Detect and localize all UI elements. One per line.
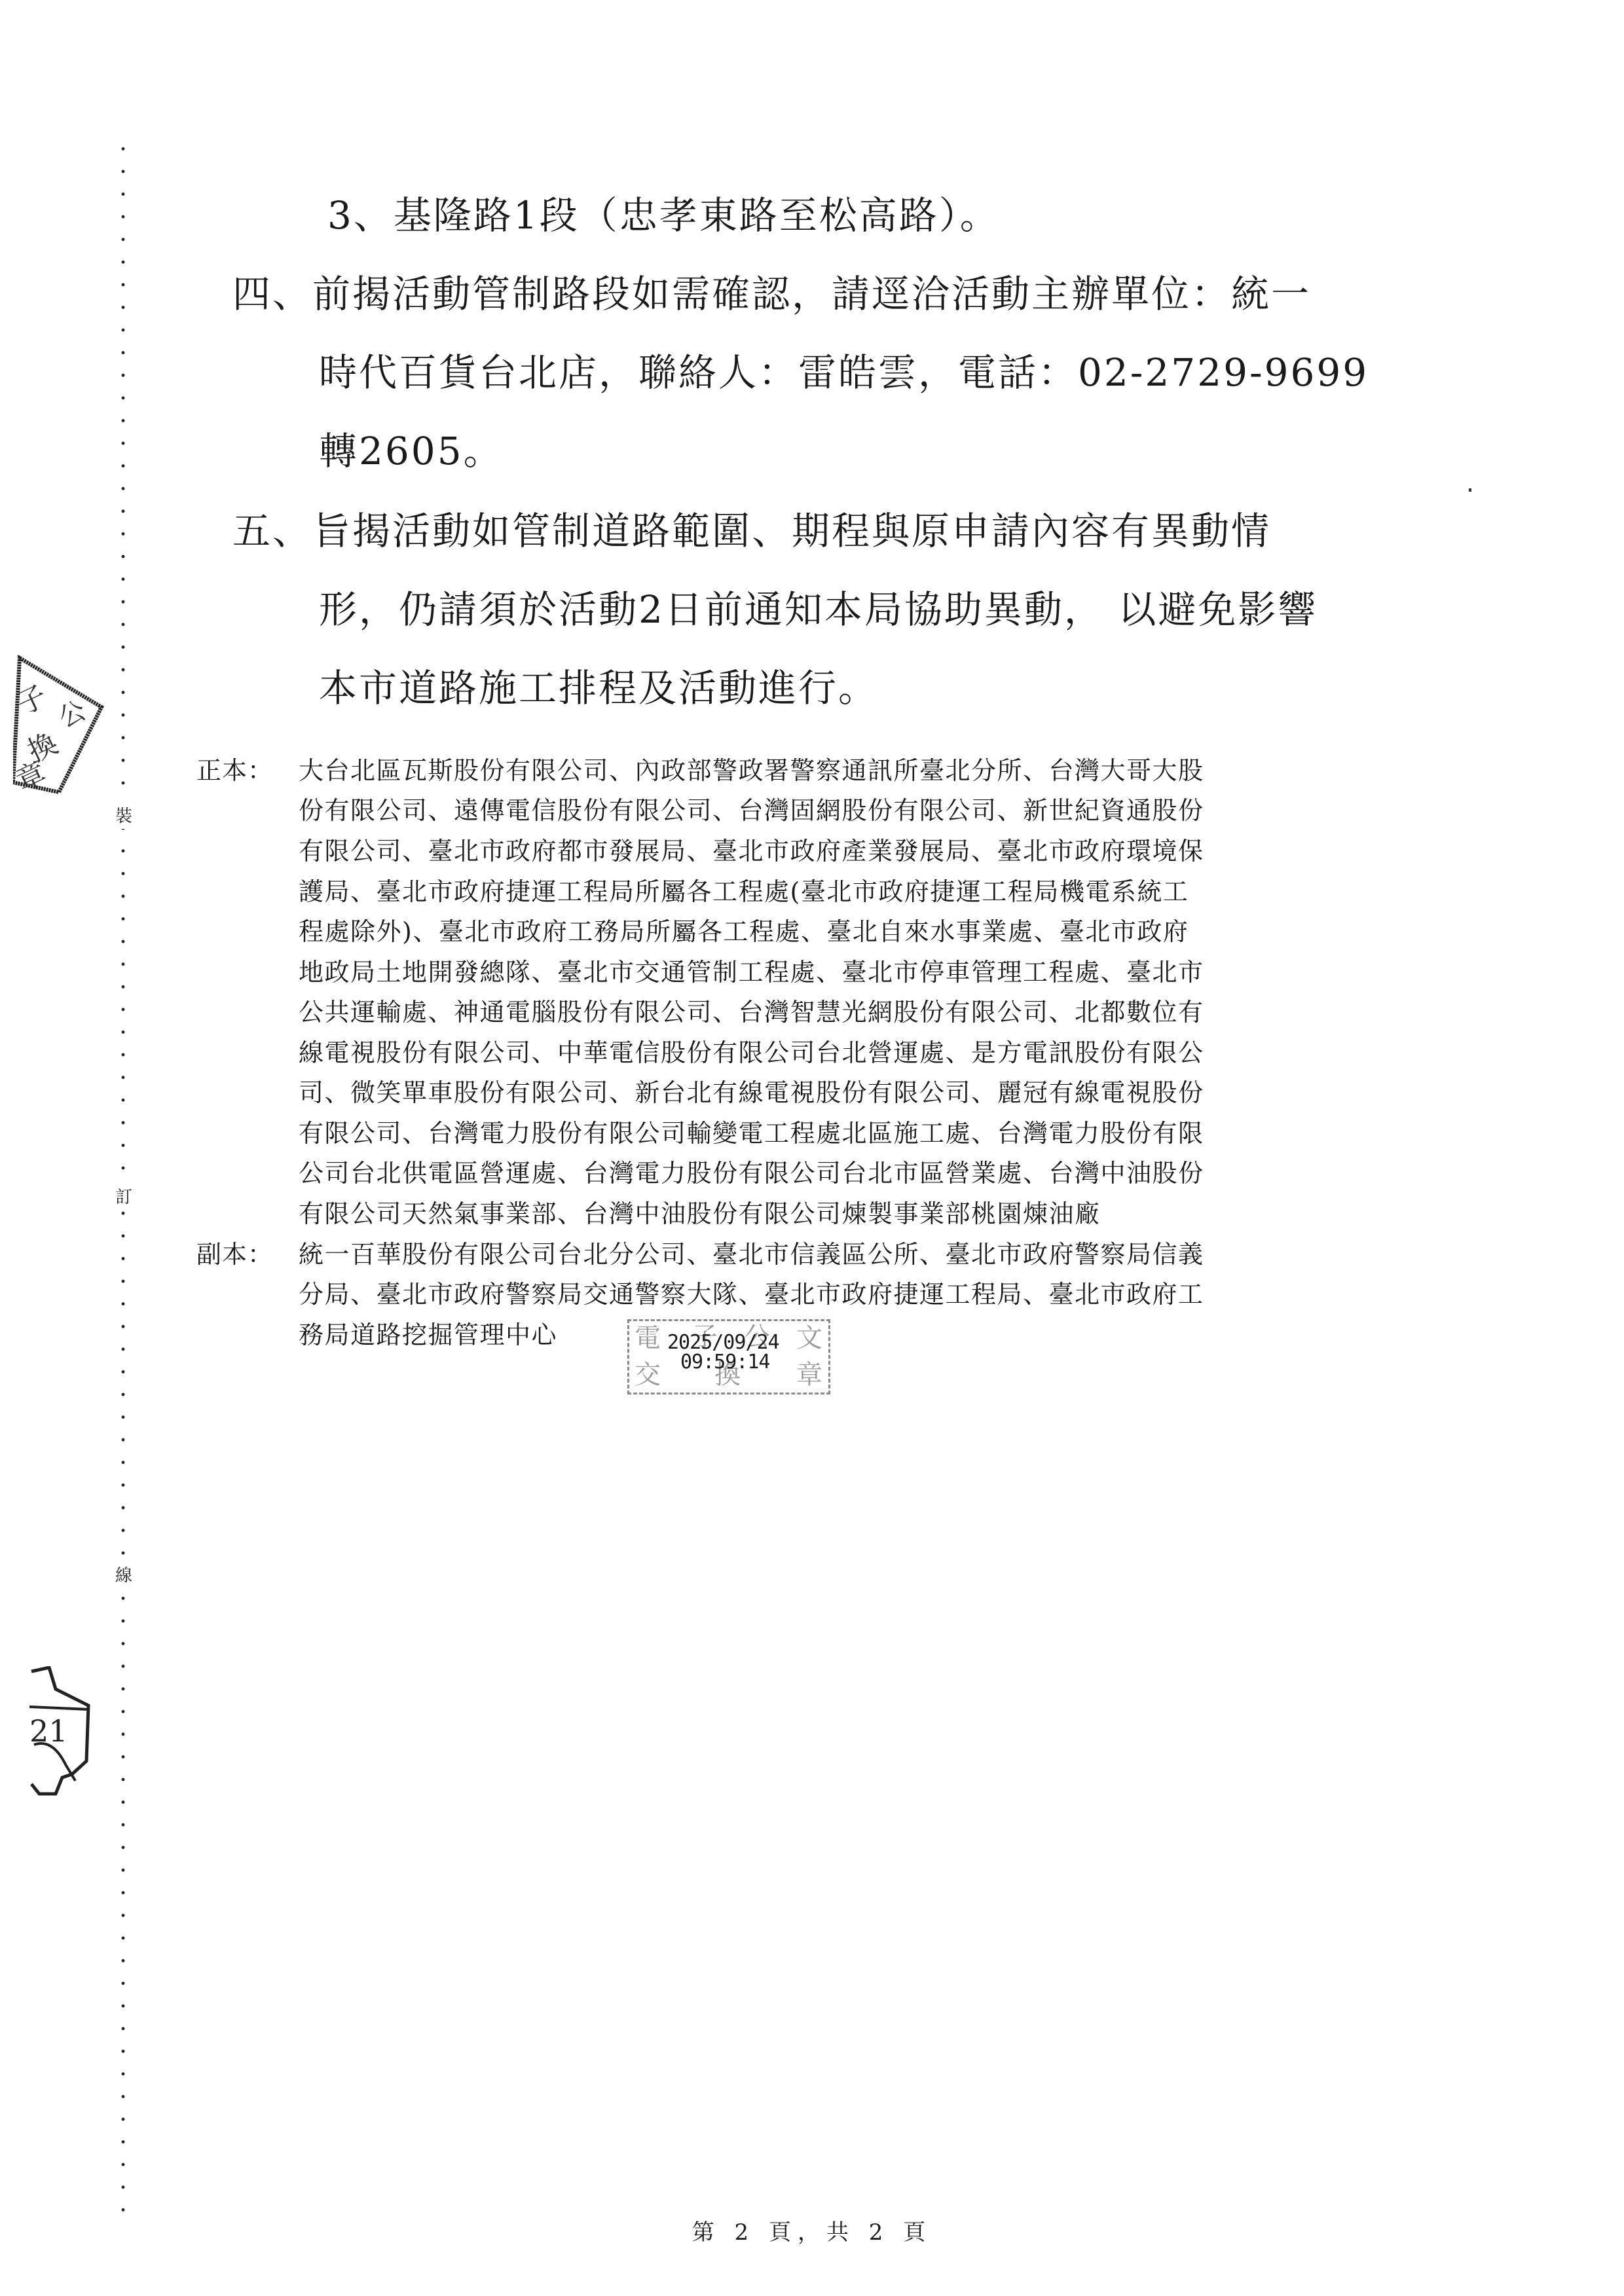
binding-dotted-line xyxy=(121,137,125,2219)
primary-line: 公司台北供電區營運處、台灣電力股份有限公司台北市區營業處、台灣中油股份 xyxy=(299,1161,1204,1186)
item-4-line-3: 轉2605。 xyxy=(319,432,504,470)
item-4-line-2: 時代百貨台北店，聯絡人：雷皓雲，電話：02-2729-9699 xyxy=(319,354,1369,392)
scan-mark xyxy=(1469,488,1471,492)
primary-line: 份有限公司、遠傳電信股份有限公司、台灣固網股份有限公司、新世紀資通股份 xyxy=(299,798,1204,823)
item-5-line-2: 形，仍請須於活動2日前通知本局協助異動， 以避免影響 xyxy=(319,591,1318,629)
stamp-char: 章 xyxy=(796,1362,822,1388)
primary-line: 護局、臺北市政府捷運工程局所屬各工程處(臺北市政府捷運工程局機電系統工 xyxy=(299,879,1189,904)
stamp-char: 電 xyxy=(635,1325,661,1351)
copy-line: 務局道路挖掘管理中心 xyxy=(299,1322,557,1347)
copy-line: 分局、臺北市政府警察局交通警察大隊、臺北市政府捷運工程局、臺北市政府工 xyxy=(299,1282,1204,1307)
primary-line: 線電視股份有限公司、中華電信股份有限公司台北營運處、是方電訊股份有限公 xyxy=(299,1040,1204,1065)
binding-label-ding: 訂 xyxy=(113,1185,135,1210)
document-exchange-seal-icon: 子 公 換 章 xyxy=(13,645,105,795)
copy-label: 副本： xyxy=(196,1242,273,1267)
primary-line: 公共運輸處、神通電腦股份有限公司、台灣智慧光網股份有限公司、北都數位有 xyxy=(299,1000,1204,1025)
electronic-exchange-stamp: 電 子 公 文 交 換 章 2025/09/24 09:59:14 xyxy=(627,1319,830,1394)
copy-line: 統一百華股份有限公司台北分公司、臺北市信義區公所、臺北市政府警察局信義 xyxy=(299,1242,1204,1267)
item-3-road-section: 3、基隆路1段（忠孝東路至松高路）。 xyxy=(327,196,1000,234)
stamp-char: 文 xyxy=(796,1325,822,1351)
primary-line: 有限公司、臺北市政府都市發展局、臺北市政府產業發展局、臺北市政府環境保 xyxy=(299,839,1204,864)
primary-line: 地政局土地開發總隊、臺北市交通管制工程處、臺北市停車管理工程處、臺北市 xyxy=(299,960,1204,985)
stamp-date: 2025/09/24 xyxy=(667,1333,779,1353)
item-4-line-1: 四、前揭活動管制路段如需確認，請逕洽活動主辦單位：統一 xyxy=(232,275,1311,313)
page-number-footer: 第 2 頁，共 2 頁 xyxy=(0,2214,1624,2246)
item-5-line-1: 五、旨揭活動如管制道路範圍、期程與原申請內容有異動情 xyxy=(232,512,1271,550)
stamp-time: 09:59:14 xyxy=(680,1353,770,1372)
page-seal-icon: 21 xyxy=(26,1666,105,1797)
svg-text:公: 公 xyxy=(54,695,91,734)
primary-line: 大台北區瓦斯股份有限公司、內政部警政署警察通訊所臺北分所、台灣大哥大股 xyxy=(299,758,1204,783)
binding-label-xian: 線 xyxy=(113,1563,135,1588)
primary-line: 司、微笑單車股份有限公司、新台北有線電視股份有限公司、麗冠有線電視股份 xyxy=(299,1080,1204,1105)
primary-label: 正本： xyxy=(196,758,273,783)
binding-label-zhuang: 裝 xyxy=(113,804,135,829)
primary-line: 有限公司天然氣事業部、台灣中油股份有限公司煉製事業部桃園煉油廠 xyxy=(299,1201,1101,1226)
stamp-char: 交 xyxy=(635,1362,661,1388)
primary-line: 有限公司、台灣電力股份有限公司輸變電工程處北區施工處、台灣電力股份有限 xyxy=(299,1121,1204,1146)
item-5-line-3: 本市道路施工排程及活動進行。 xyxy=(319,669,878,707)
primary-line: 程處除外)、臺北市政府工務局所屬各工程處、臺北自來水事業處、臺北市政府 xyxy=(299,919,1189,944)
